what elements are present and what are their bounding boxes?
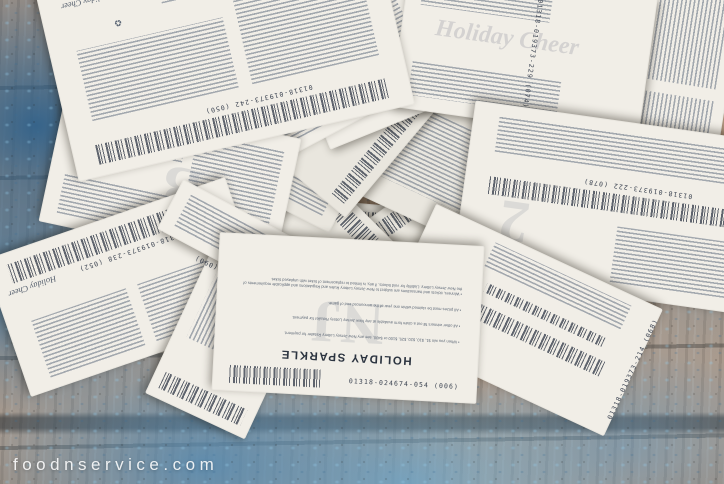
watermark: foodnservice.com (13, 455, 218, 475)
recycle-icon: ♻ (113, 17, 123, 28)
barcode (228, 365, 321, 388)
ghost-game-name: Holiday Cheer (434, 15, 581, 61)
ticket-serial: 01318-024674-054 (006) (349, 377, 460, 391)
photo-lottery-tickets-on-wood: 01317-031983-053 (100) 01318-019793-054 … (0, 0, 724, 484)
game-name-script: Holiday Cheer (60, 0, 111, 12)
fine-print-lines (232, 0, 379, 84)
holiday-sparkle-ticket: NJ 01318-024674-054 (006) HOLIDAY SPARKL… (212, 232, 485, 404)
fine-print-lines (610, 226, 724, 298)
